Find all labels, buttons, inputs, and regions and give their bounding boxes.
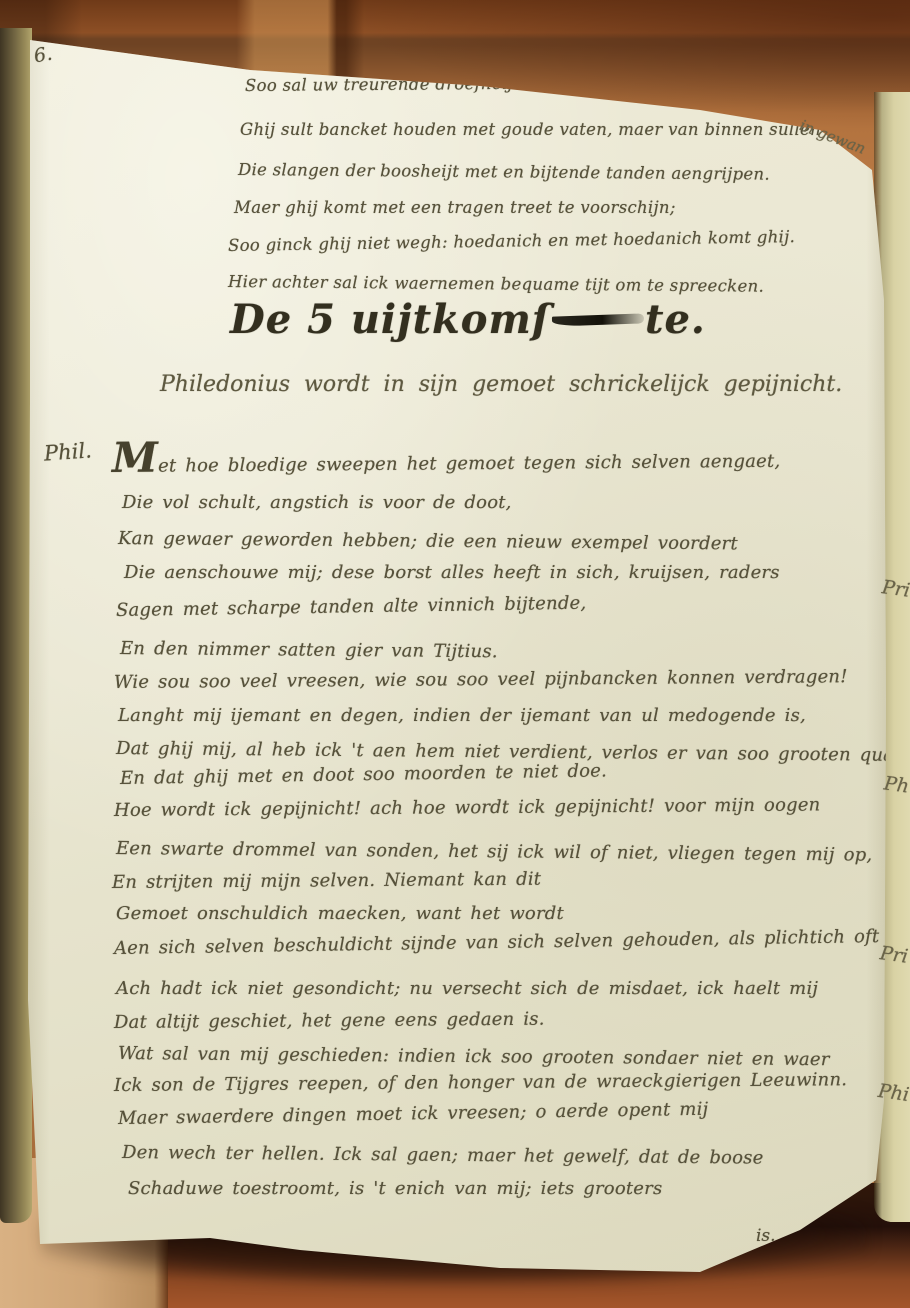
verse-line: Schaduwe toestroomt, is 't enich van mij… (128, 1178, 662, 1199)
verse-line: En dat ghij met en doot soo moorden te n… (120, 760, 607, 789)
verse-line: Wie sou soo veel vreesen, wie sou soo ve… (114, 666, 848, 693)
verse-line: Langht mij ijemant en degen, indien der … (118, 705, 806, 726)
manuscript-page: 6. Soo sal uw treurende droefheijt in di… (14, 28, 902, 1284)
verse-line: Die aenschouwe mij; dese borst alles hee… (124, 562, 780, 583)
verse-line: En den nimmer satten gier van Tijtius. (120, 638, 498, 662)
verse-line: Dat altijt geschiet, het gene eens gedae… (114, 1009, 545, 1033)
next-page-speaker-fragment: Ph (883, 772, 910, 797)
verse-line: Hoe wordt ick gepijnicht! ach hoe wordt … (114, 794, 821, 821)
book-gutter-edge (0, 28, 32, 1223)
verse-line: Wat sal van mij geschieden: indien ick s… (118, 1043, 830, 1070)
verse-line: Gemoet onschuldich maecken, want het wor… (116, 903, 564, 924)
manuscript-photo: 6. Soo sal uw treurende droefheijt in di… (0, 0, 910, 1308)
monologue-verses: Met hoe bloedige sweepen het gemoet tege… (14, 28, 902, 1284)
verse-line: Sagen met scharpe tanden alte vinnich bi… (116, 593, 587, 621)
next-page-speaker-fragment: Pri (881, 576, 910, 602)
next-page-speaker-fragment: Phi (877, 1080, 910, 1106)
verse-line: Kan gewaer geworden hebben; die een nieu… (118, 528, 738, 554)
verse-line: Een swarte drommel van sonden, het sij i… (116, 838, 872, 866)
verse-line: Den wech ter hellen. Ick sal gaen; maer … (122, 1142, 764, 1169)
verse-line: Maer swaerdere dingen moet ick vreesen; … (118, 1099, 709, 1129)
verse-line: Die vol schult, angstich is voor de doot… (122, 492, 512, 513)
verse-line: Met hoe bloedige sweepen het gemoet tege… (112, 437, 781, 477)
verse-line: En strijten mij mijn selven. Niemant kan… (112, 869, 541, 893)
verse-line: Aen sich selven beschuldicht sijnde van … (114, 925, 910, 959)
next-page-speaker-fragment: Pri (879, 942, 910, 968)
verse-line: Ick son de Tijgres reepen, of den honger… (114, 1069, 847, 1096)
verse-line: Ach hadt ick niet gesondicht; nu versech… (116, 978, 818, 999)
